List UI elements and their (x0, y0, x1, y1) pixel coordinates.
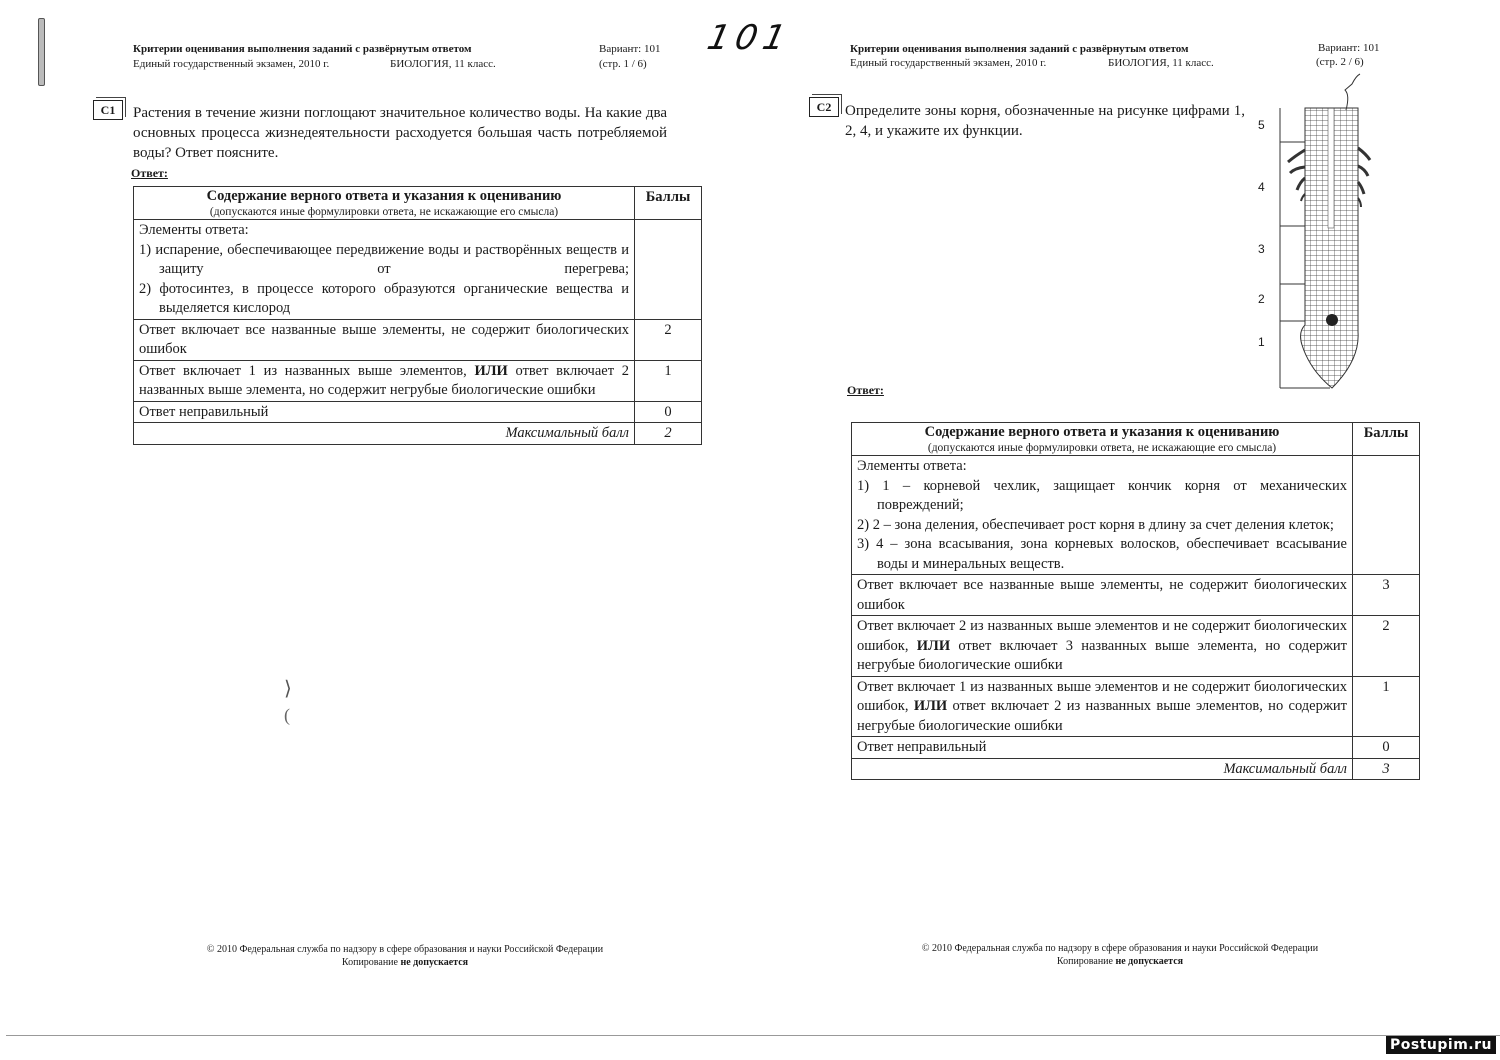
criteria-table: Содержание верного ответа и указания к о… (851, 422, 1420, 780)
header-subject: БИОЛОГИЯ, 11 класс. (390, 58, 496, 70)
footer-line2-bold: не допускается (1115, 956, 1183, 967)
criterion-points: 1 (635, 360, 702, 401)
table-header-main: Содержание верного ответа и указания к о… (139, 188, 629, 205)
footer-line1: © 2010 Федеральная служба по надзору в с… (900, 942, 1340, 955)
criterion-or: ИЛИ (917, 638, 950, 654)
table-row-max: Максимальный балл 2 (134, 423, 702, 445)
header-exam: Единый государственный экзамен, 2010 г. (133, 58, 329, 70)
table-row-elements: Элементы ответа: 1) 1 – корневой чехлик,… (852, 456, 1420, 575)
answer-element: 2) 2 – зона деления, обеспечивает рост к… (857, 516, 1347, 536)
max-score-value: 3 (1353, 758, 1420, 780)
stray-mark: ( (284, 705, 290, 726)
header-title: Критерии оценивания выполнения заданий с… (850, 43, 1189, 55)
header-subject: БИОЛОГИЯ, 11 класс. (1108, 57, 1214, 69)
points-cell-empty (635, 220, 702, 320)
answer-label: Ответ: (131, 166, 168, 181)
table-row: Ответ неправильный 0 (852, 737, 1420, 759)
stray-mark: ⟩ (284, 676, 292, 701)
table-header-note: (допускаются иные формулировки ответа, н… (139, 205, 629, 219)
task-id-badge: C2 (809, 97, 839, 117)
criterion-points: 0 (1353, 737, 1420, 759)
page-1: Критерии оценивания выполнения заданий с… (0, 0, 750, 1060)
criteria-table: Содержание верного ответа и указания к о… (133, 186, 702, 445)
criterion-text: Ответ включает все названные выше элемен… (139, 322, 629, 358)
page-2: Критерии оценивания выполнения заданий с… (750, 0, 1500, 1060)
max-score-label: Максимальный балл (134, 423, 635, 445)
criterion-points: 2 (635, 319, 702, 360)
task-question: Растения в течение жизни поглощают значи… (133, 103, 667, 163)
points-cell-empty (1353, 456, 1420, 575)
table-row: Ответ включает все названные выше элемен… (134, 319, 702, 360)
elements-title: Элементы ответа: (857, 457, 1347, 477)
root-zones-figure: 5 4 3 2 1 (1250, 70, 1380, 390)
elements-title: Элементы ответа: (139, 221, 629, 241)
criterion-text: Ответ включает все названные выше элемен… (857, 577, 1347, 613)
answer-element: 2) фотосинтез, в процессе которого образ… (139, 280, 629, 319)
footer-copyright: © 2010 Федеральная служба по надзору в с… (900, 942, 1340, 968)
table-row-max: Максимальный балл 3 (852, 758, 1420, 780)
table-header-points: Баллы (640, 188, 696, 208)
table-row: Ответ включает 1 из названных выше элеме… (852, 676, 1420, 737)
header-exam: Единый государственный экзамен, 2010 г. (850, 57, 1046, 69)
footer-line2: Копирование (1057, 956, 1116, 967)
header-page-number: (стр. 1 / 6) (599, 58, 647, 70)
task-id-badge: C1 (93, 100, 123, 120)
table-header-row: Содержание верного ответа и указания к о… (134, 187, 702, 220)
answer-element: 1) 1 – корневой чехлик, защищает кончик … (857, 477, 1347, 516)
footer-line1: © 2010 Федеральная служба по надзору в с… (180, 943, 630, 956)
max-score-value: 2 (635, 423, 702, 445)
header-title: Критерии оценивания выполнения заданий с… (133, 43, 472, 55)
table-row-elements: Элементы ответа: 1) испарение, обеспечив… (134, 220, 702, 320)
criterion-points: 1 (1353, 676, 1420, 737)
table-header-main: Содержание верного ответа и указания к о… (857, 424, 1347, 441)
criterion-points: 3 (1353, 575, 1420, 616)
table-row: Ответ включает 2 из названных выше элеме… (852, 616, 1420, 677)
footer-line2: Копирование (342, 957, 401, 968)
table-header-row: Содержание верного ответа и указания к о… (852, 423, 1420, 456)
answer-label: Ответ: (847, 383, 884, 398)
max-score-label: Максимальный балл (852, 758, 1353, 780)
criterion-text: Ответ неправильный (139, 404, 268, 420)
footer-line2-bold: не допускается (400, 957, 468, 968)
table-header-note: (допускаются иные формулировки ответа, н… (857, 441, 1347, 455)
answer-element: 1) испарение, обеспечивающее передвижени… (139, 241, 629, 280)
task-question: Определите зоны корня, обозначенные на р… (845, 101, 1245, 141)
site-watermark: Postupim.ru (1386, 1036, 1496, 1054)
answer-element: 3) 4 – зона всасывания, зона корневых во… (857, 535, 1347, 574)
criterion-text: Ответ неправильный (857, 739, 986, 755)
criterion-text: Ответ включает 1 из названных выше элеме… (139, 363, 474, 379)
table-row: Ответ включает все названные выше элемен… (852, 575, 1420, 616)
header-page-number: (стр. 2 / 6) (1316, 56, 1364, 68)
criterion-points: 0 (635, 401, 702, 423)
table-row: Ответ неправильный 0 (134, 401, 702, 423)
header-variant: Вариант: 101 (1318, 42, 1380, 54)
table-header-points: Баллы (1358, 424, 1414, 444)
criterion-points: 2 (1353, 616, 1420, 677)
criterion-or: ИЛИ (474, 363, 507, 379)
header-variant: Вариант: 101 (599, 43, 661, 55)
table-row: Ответ включает 1 из названных выше элеме… (134, 360, 702, 401)
criterion-or: ИЛИ (914, 698, 947, 714)
root-drawing (1250, 70, 1380, 390)
footer-copyright: © 2010 Федеральная служба по надзору в с… (180, 943, 630, 969)
